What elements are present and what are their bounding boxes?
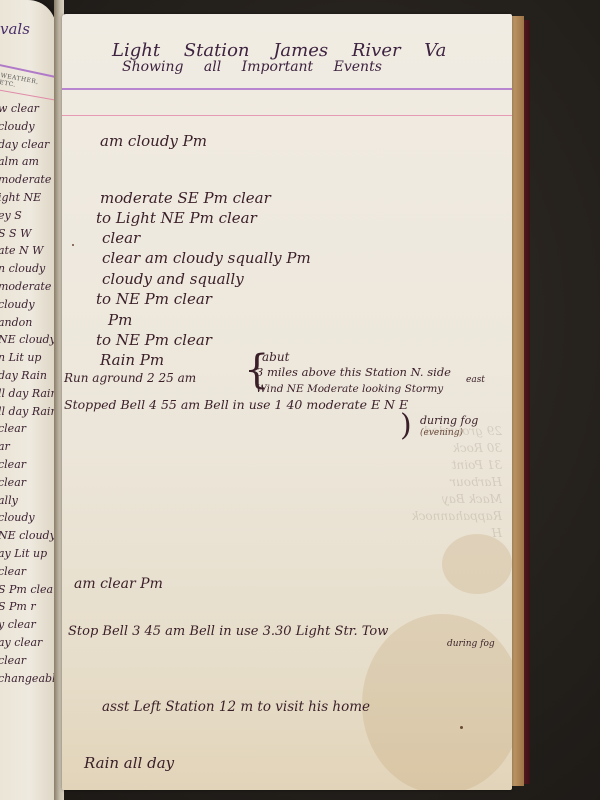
- left-line: ll day Rain: [0, 403, 56, 421]
- left-line: ay clear: [0, 634, 56, 652]
- left-page: vals WEATHER, ETC. w clear cloudy day cl…: [0, 0, 56, 800]
- bracket-note-line: Wind NE Moderate looking Stormy: [256, 383, 443, 395]
- log-entry: clear am cloudy squally Pm: [102, 249, 311, 267]
- left-line: w clear: [0, 100, 56, 118]
- log-entry: moderate SE Pm clear: [100, 189, 271, 207]
- left-line: clear: [0, 456, 56, 474]
- fog-note-sub: (evening): [420, 428, 463, 438]
- log-entry-bell-2: Stop Bell 3 45 am Bell in use 3.30 Light…: [68, 624, 388, 639]
- left-line: S Pm r: [0, 598, 56, 616]
- left-line: n Lit up: [0, 349, 56, 367]
- left-line: clear: [0, 563, 56, 581]
- bleed-line: Harbour: [312, 475, 502, 492]
- log-entry-asst: asst Left Station 12 m to visit his home: [102, 699, 370, 715]
- fog-note: during fog: [420, 414, 478, 427]
- left-line: ally: [0, 492, 56, 510]
- left-line: moderate: [0, 171, 56, 189]
- header-rule-pink: [62, 115, 512, 116]
- fog-paren: ): [400, 406, 412, 446]
- left-line: ey S: [0, 207, 56, 225]
- left-line: andon: [0, 314, 56, 332]
- left-line: clear: [0, 652, 56, 670]
- left-line: cloudy: [0, 509, 56, 527]
- log-entry: cloudy and squally: [102, 270, 244, 288]
- ink-speck: [460, 726, 463, 729]
- log-entry: Rain all day: [84, 754, 174, 772]
- left-line: ight NE: [0, 189, 56, 207]
- bracket-note-line: 3 miles above this Station N. side: [256, 365, 451, 379]
- page-subtitle: Showing all Important Events: [122, 59, 382, 75]
- log-entry-bell: Stopped Bell 4 55 am Bell in use 1 40 mo…: [64, 397, 408, 412]
- fog-note-2: during fog: [447, 639, 495, 649]
- bleed-line: 31 Point: [312, 458, 502, 475]
- left-line: S S W: [0, 225, 56, 243]
- left-line: changeable: [0, 670, 56, 688]
- left-line: ll day Rain: [0, 385, 56, 403]
- left-line: day clear: [0, 136, 56, 154]
- left-line: S Pm clear: [0, 581, 56, 599]
- left-line: ate N W: [0, 242, 56, 260]
- log-entry: to NE Pm clear: [96, 290, 212, 308]
- left-line: day Rain: [0, 367, 56, 385]
- bleed-line: Rappahannock: [312, 509, 502, 526]
- left-line: NE cloudy: [0, 331, 56, 349]
- left-line: ay Lit up: [0, 545, 56, 563]
- left-line: y clear: [0, 616, 56, 634]
- left-page-header-fragment: vals: [0, 20, 30, 38]
- right-page: 29 grounded 30 Rock 31 Point Harbour Mac…: [62, 14, 512, 790]
- log-entry: to NE Pm clear: [96, 331, 212, 349]
- log-entry: am cloudy Pm: [100, 132, 207, 150]
- left-line: n cloudy: [0, 260, 56, 278]
- left-line: moderate Ra: [0, 278, 56, 296]
- left-page-lines: w clear cloudy day clear alm am moderate…: [0, 100, 56, 687]
- left-line: cloudy: [0, 296, 56, 314]
- log-entry: to Light NE Pm clear: [96, 209, 257, 227]
- left-line: ar: [0, 438, 56, 456]
- left-line: clear: [0, 474, 56, 492]
- header-rule-purple: [62, 88, 512, 90]
- page-title: Light Station James River Va: [112, 40, 446, 61]
- log-entry: Rain Pm: [100, 351, 164, 369]
- log-entry-aground: Run aground 2 25 am: [64, 371, 196, 385]
- left-line: cloudy: [0, 118, 56, 136]
- left-line: alm am: [0, 153, 56, 171]
- log-entry: am clear Pm: [74, 576, 163, 592]
- ink-speck: [72, 244, 74, 246]
- bleed-line: Mack Bay: [312, 492, 502, 509]
- log-entry: clear: [102, 229, 140, 247]
- log-entry: Pm: [108, 311, 132, 329]
- bleed-through-text: 29 grounded 30 Rock 31 Point Harbour Mac…: [312, 114, 502, 614]
- bracket-note-annotation: east: [466, 375, 485, 385]
- left-line: clear: [0, 420, 56, 438]
- bracket-note-line: abut: [262, 350, 289, 364]
- bleed-line: H: [312, 526, 502, 543]
- page-stack-edge: [510, 16, 524, 786]
- left-line: NE cloudy: [0, 527, 56, 545]
